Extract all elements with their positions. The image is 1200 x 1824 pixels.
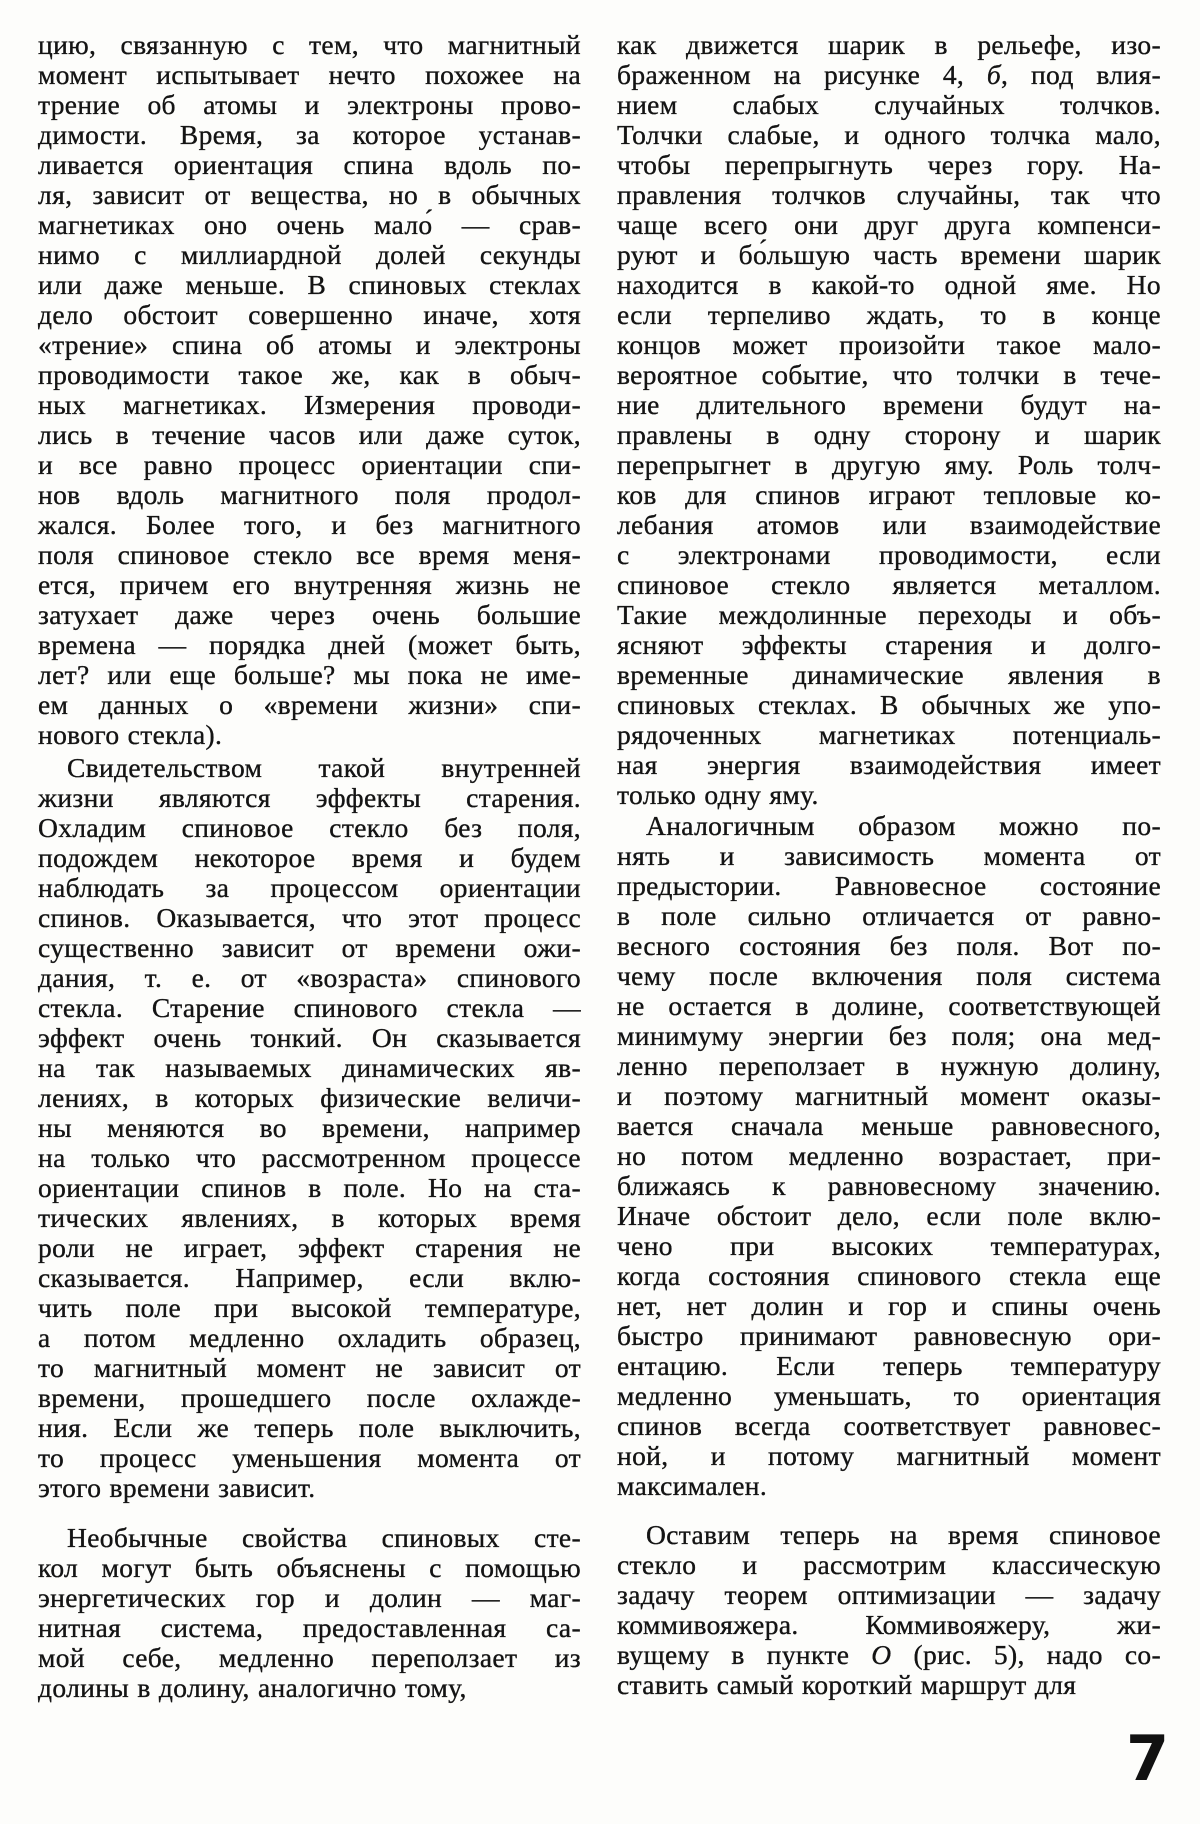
paragraph: Оставим теперь на время спиновоестекло и… — [617, 1520, 1161, 1700]
text-line: стекло и рассмотрим классическую — [617, 1550, 1161, 1580]
text-line: вероятное событие, что толчки в тече- — [617, 360, 1161, 390]
text-line: лись в течение часов или даже суток, — [38, 420, 581, 450]
paragraph: цию, связанную с тем, что магнитныймомен… — [38, 30, 581, 750]
text-line: Толчки слабые, и одного толчка мало, — [617, 120, 1161, 150]
text-line: чить поле при высокой температуре, — [38, 1293, 581, 1323]
text-line: существенно зависит от времени ожи- — [38, 933, 581, 963]
text-line: или даже меньше. В спиновых стеклах — [38, 270, 581, 300]
text-line: спиновое стекло является металлом. — [617, 570, 1161, 600]
text-line: затухает даже через очень большие — [38, 600, 581, 630]
text-line: находится в какой-то одной яме. Но — [617, 270, 1161, 300]
text-line: нять и зависимость момента от — [617, 841, 1161, 871]
text-line: ля, зависит от вещества, но в обычных — [38, 180, 581, 210]
text-line: когда состояния спинового стекла еще — [617, 1261, 1161, 1291]
page-number: 7 — [1126, 1728, 1169, 1790]
text-line: концов может произойти такое мало- — [617, 330, 1161, 360]
text-line: Аналогичным образом можно по- — [617, 811, 1161, 841]
paragraph: Аналогичным образом можно по-нять и зави… — [617, 811, 1161, 1501]
text-line: Иначе обстоит дело, если поле вклю- — [617, 1201, 1161, 1231]
text-line: временные динамические явления в — [617, 660, 1161, 690]
text-line: ориентации спинов в поле. Но на ста- — [38, 1173, 581, 1203]
text-line: спинов всегда соответствует равновес- — [617, 1411, 1161, 1441]
text-line: Охладим спиновое стекло без поля, — [38, 813, 581, 843]
text-line: ние длительного времени будут на- — [617, 390, 1161, 420]
text-line: с электронами проводимости, если — [617, 540, 1161, 570]
text-line: то процесс уменьшения момента от — [38, 1443, 581, 1473]
text-line: ем данных о «времени жизни» спи- — [38, 690, 581, 720]
text-line: нимо с миллиардной долей секунды — [38, 240, 581, 270]
text-line: минимуму энергии без поля; она мед- — [617, 1021, 1161, 1051]
text-line: правления толчков случайны, так что — [617, 180, 1161, 210]
text-line: эффект очень тонкий. Он сказывается — [38, 1023, 581, 1053]
text-line: роли не играет, эффект старения не — [38, 1233, 581, 1263]
text-line: коммивояжера. Коммивояжеру, жи- — [617, 1610, 1161, 1640]
text-line: ливается ориентация спина вдоль по- — [38, 150, 581, 180]
text-line: ны меняются во времени, например — [38, 1113, 581, 1143]
paragraph: Необычные свойства спиновых сте-кол могу… — [38, 1523, 581, 1703]
text-line: лет? или еще больше? мы пока не име- — [38, 660, 581, 690]
text-line: чено при высоких температурах, — [617, 1231, 1161, 1261]
text-line: чаще всего они друг друга компенси- — [617, 210, 1161, 240]
text-line: руют и бо́льшую часть времени шарик — [617, 240, 1161, 270]
text-line: перепрыгнет в другую яму. Роль толч- — [617, 450, 1161, 480]
text-line: весного состояния без поля. Вот по- — [617, 931, 1161, 961]
text-line: нитная система, предоставленная са- — [38, 1613, 581, 1643]
text-line: ков для спинов играют тепловые ко- — [617, 480, 1161, 510]
text-line: сказывается. Например, если вклю- — [38, 1263, 581, 1293]
text-line: проводимости такое же, как в обыч- — [38, 360, 581, 390]
text-line: если терпеливо ждать, то в конце — [617, 300, 1161, 330]
text-line: ближаясь к равновесному значению. — [617, 1171, 1161, 1201]
text-line: дело обстоит совершенно иначе, хотя — [38, 300, 581, 330]
text-line: чему после включения поля система — [617, 961, 1161, 991]
text-line: кол могут быть объяснены с помощью — [38, 1553, 581, 1583]
text-line: времена — порядка дней (может быть, — [38, 630, 581, 660]
text-line: нием слабых случайных толчков. — [617, 90, 1161, 120]
text-line: Свидетельством такой внутренней — [38, 753, 581, 783]
text-line: Оставим теперь на время спиновое — [617, 1520, 1161, 1550]
text-line: а потом медленно охладить образец, — [38, 1323, 581, 1353]
text-line: поля спиновое стекло все время меня- — [38, 540, 581, 570]
text-line: чтобы перепрыгнуть через гору. На- — [617, 150, 1161, 180]
text-line: правлены в одну сторону и шарик — [617, 420, 1161, 450]
text-line: спинов. Оказывается, что этот процесс — [38, 903, 581, 933]
text-line: подождем некоторое время и будем — [38, 843, 581, 873]
text-line: Необычные свойства спиновых сте- — [38, 1523, 581, 1553]
text-line: этого времени зависит. — [38, 1473, 581, 1503]
text-line: ная энергия взаимодействия имеет — [617, 750, 1161, 780]
text-line: цию, связанную с тем, что магнитный — [38, 30, 581, 60]
text-line: ных магнетиках. Измерения проводи- — [38, 390, 581, 420]
text-line: нов вдоль магнитного поля продол- — [38, 480, 581, 510]
text-line: долины в долину, аналогично тому, — [38, 1673, 581, 1703]
text-line: ставить самый короткий маршрут для — [617, 1670, 1161, 1700]
text-line: но потом медленно возрастает, при- — [617, 1141, 1161, 1171]
text-line: только одну яму. — [617, 780, 1161, 810]
text-line: медленно уменьшать, то ориентация — [617, 1381, 1161, 1411]
text-line: ной, и потому магнитный момент — [617, 1441, 1161, 1471]
text-line: трение об атомы и электроны прово- — [38, 90, 581, 120]
text-line: момент испытывает нечто похожее на — [38, 60, 581, 90]
text-line: на так называемых динамических яв- — [38, 1053, 581, 1083]
text-line: дания, т. е. от «возраста» спинового — [38, 963, 581, 993]
text-line: ленно переползает в нужную долину, — [617, 1051, 1161, 1081]
paragraph: как движется шарик в рельефе, изо-бражен… — [617, 30, 1161, 810]
text-line: ния. Если же теперь поле выключить, — [38, 1413, 581, 1443]
text-line: Такие междолинные переходы и объ- — [617, 600, 1161, 630]
text-line: быстро принимают равновесную ори- — [617, 1321, 1161, 1351]
text-line: вается сначала меньше равновесного, — [617, 1111, 1161, 1141]
text-line: браженном на рисунке 4, б, под влия- — [617, 60, 1161, 90]
paragraph: Свидетельством такой внутреннейжизни явл… — [38, 753, 581, 1503]
text-line: то магнитный момент не зависит от — [38, 1353, 581, 1383]
text-line: «трение» спина об атомы и электроны — [38, 330, 581, 360]
text-line: тических явлениях, в которых время — [38, 1203, 581, 1233]
text-line: вущему в пункте O (рис. 5), надо со- — [617, 1640, 1161, 1670]
text-line: жался. Более того, и без магнитного — [38, 510, 581, 540]
text-line: рядоченных магнетиках потенциаль- — [617, 720, 1161, 750]
text-line: на только что рассмотренном процессе — [38, 1143, 581, 1173]
text-line: как движется шарик в рельефе, изо- — [617, 30, 1161, 60]
text-line: максимален. — [617, 1471, 1161, 1501]
text-line: ясняют эффекты старения и долго- — [617, 630, 1161, 660]
text-line: энергетических гор и долин — маг- — [38, 1583, 581, 1613]
text-line: лебания атомов или взаимодействие — [617, 510, 1161, 540]
text-line: в поле сильно отличается от равно- — [617, 901, 1161, 931]
text-line: и все равно процесс ориентации спи- — [38, 450, 581, 480]
text-line: ентацию. Если теперь температуру — [617, 1351, 1161, 1381]
text-line: жизни являются эффекты старения. — [38, 783, 581, 813]
text-line: нет, нет долин и гор и спины очень — [617, 1291, 1161, 1321]
text-line: нового стекла). — [38, 720, 581, 750]
text-line: наблюдать за процессом ориентации — [38, 873, 581, 903]
text-line: не остается в долине, соответствующей — [617, 991, 1161, 1021]
text-line: лениях, в которых физические величи- — [38, 1083, 581, 1113]
text-line: ется, причем его внутренняя жизнь не — [38, 570, 581, 600]
text-line: спиновых стеклах. В обычных же упо- — [617, 690, 1161, 720]
text-line: стекла. Старение спинового стекла — — [38, 993, 581, 1023]
text-line: задачу теорем оптимизации — задачу — [617, 1580, 1161, 1610]
text-line: мой себе, медленно переползает из — [38, 1643, 581, 1673]
text-line: димости. Время, за которое устанав- — [38, 120, 581, 150]
text-line: и поэтому магнитный момент оказы- — [617, 1081, 1161, 1111]
text-line: предыстории. Равновесное состояние — [617, 871, 1161, 901]
text-line: времени, прошедшего после охлажде- — [38, 1383, 581, 1413]
text-line: магнетиках оно очень мало́ — срав- — [38, 210, 581, 240]
